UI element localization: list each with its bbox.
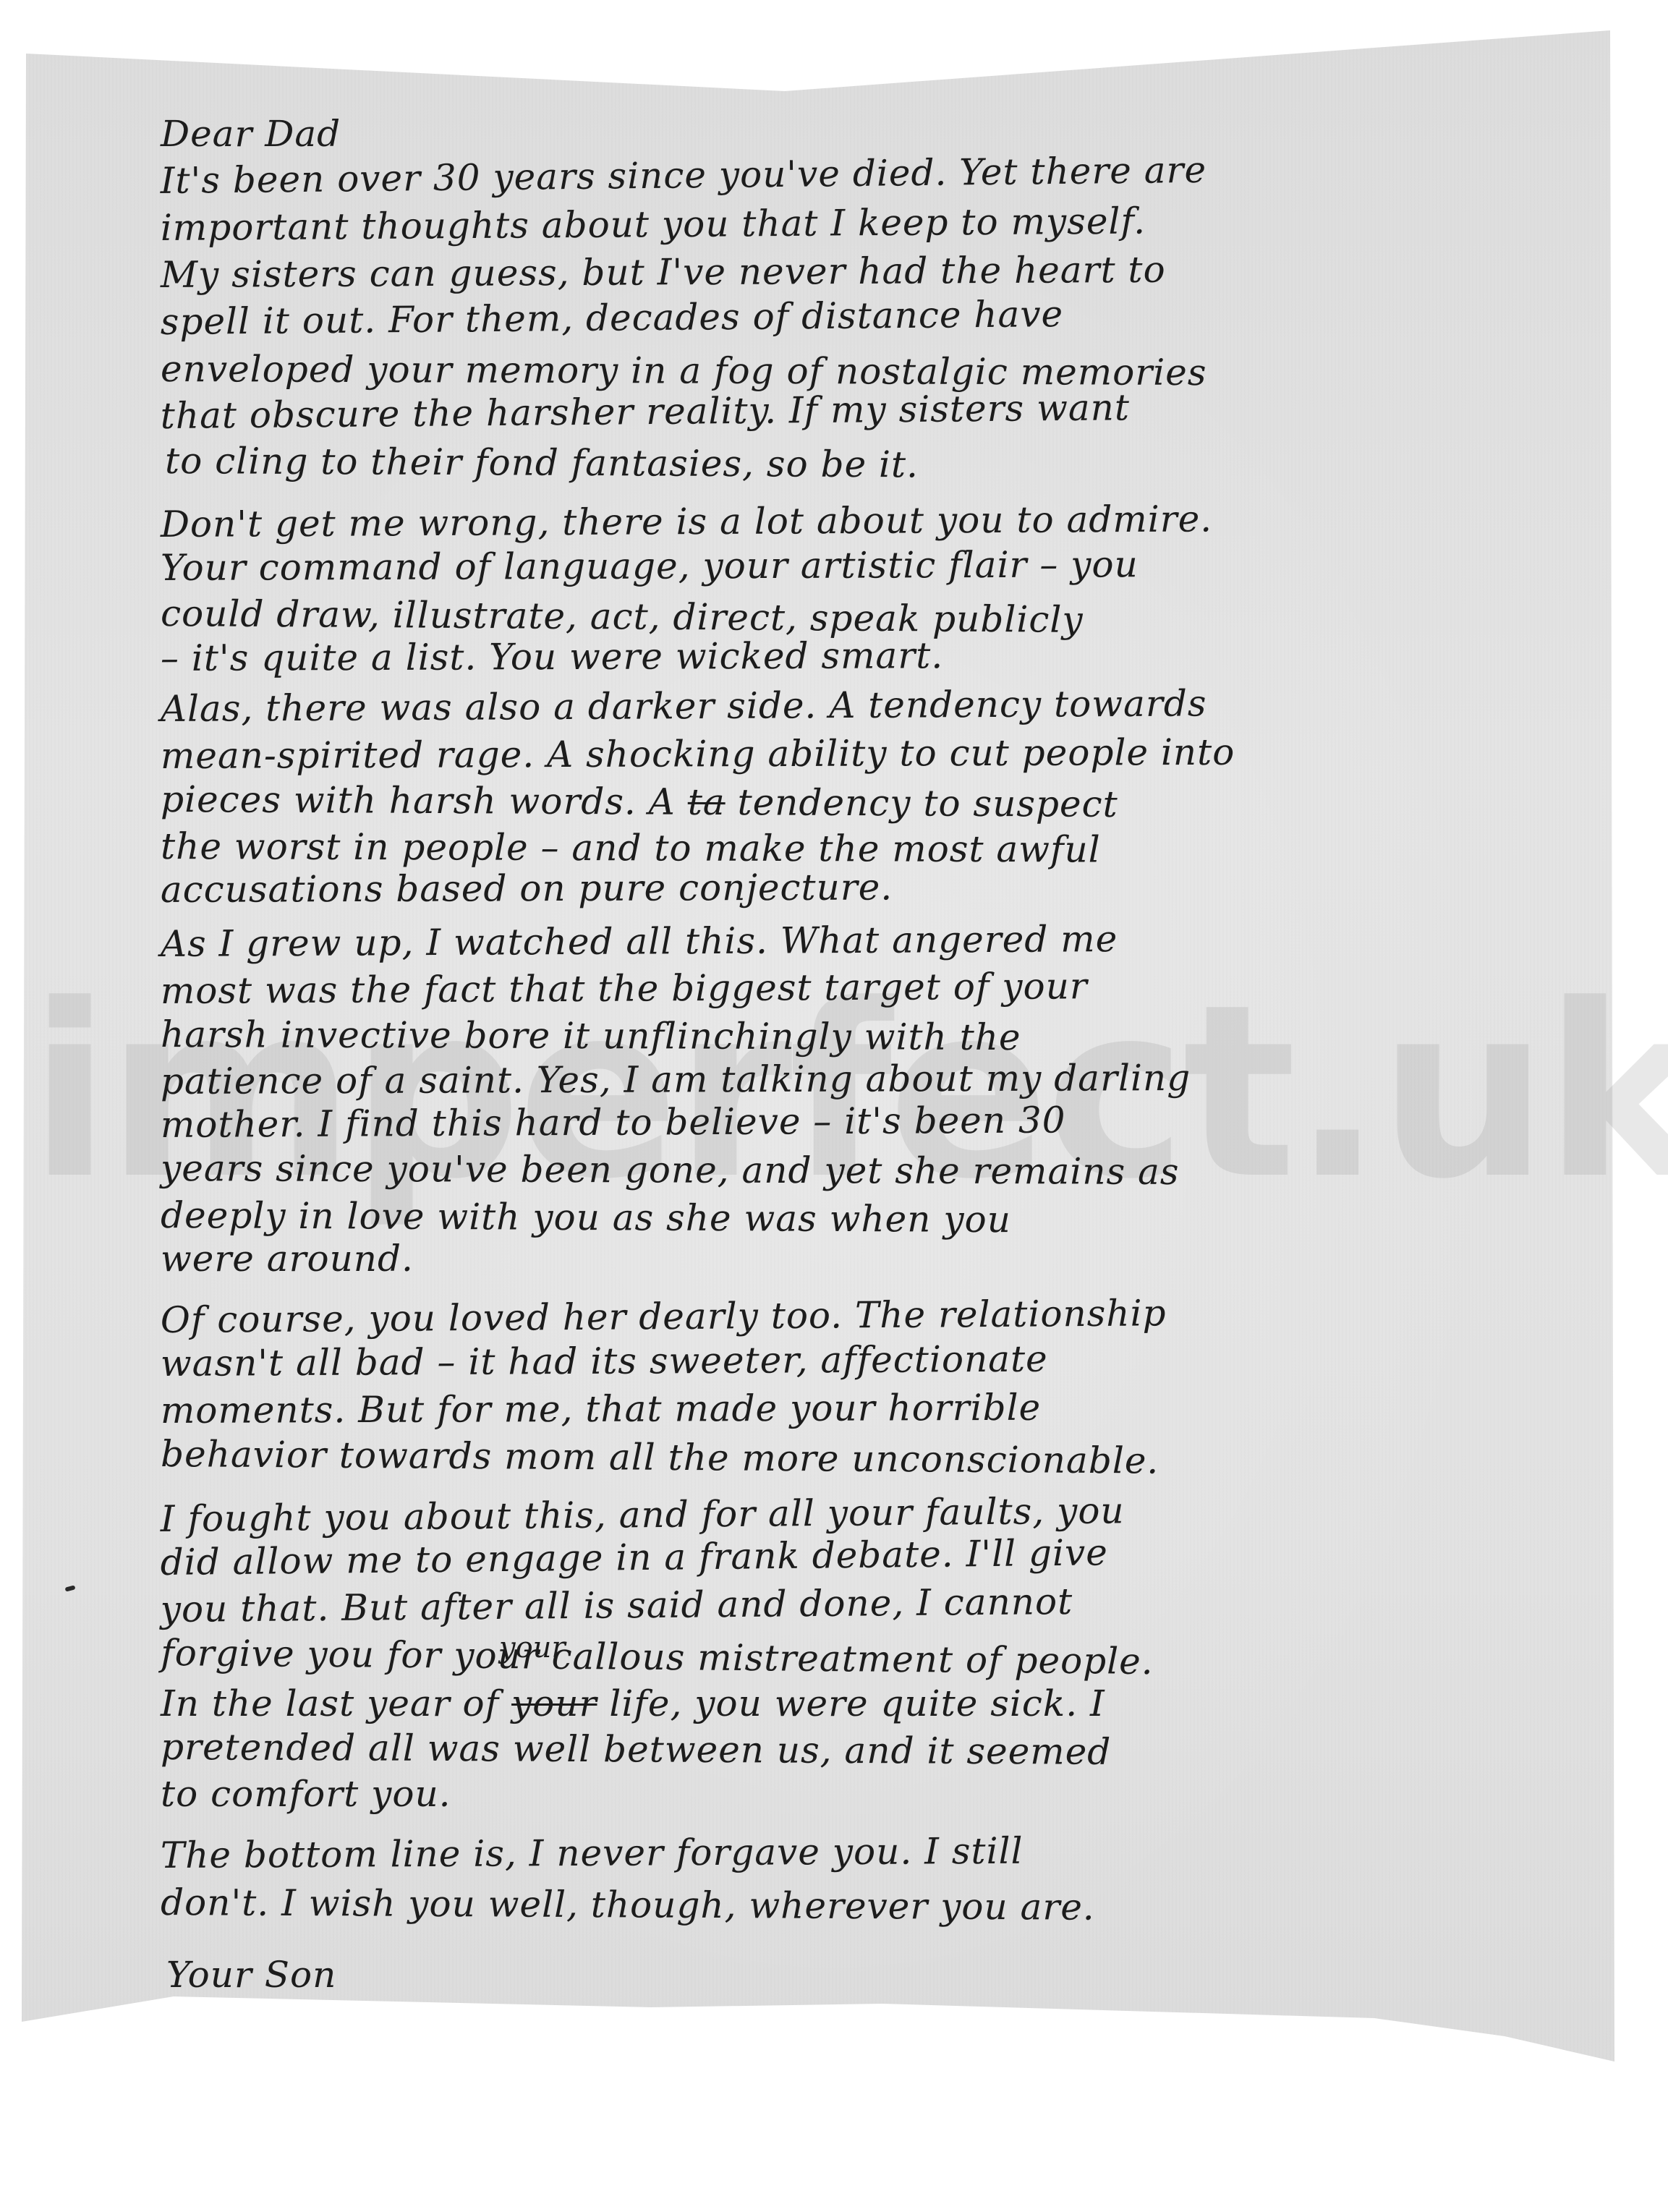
letter-line: My sisters can guess, but I've never had… [161,252,1166,293]
letter-line: I fought you about this, and for all you… [161,1492,1125,1537]
letter-line: the worst in people – and to make the mo… [161,828,1101,868]
letter-line: patience of a saint. Yes, I am talking a… [161,1060,1191,1099]
letter-line: to comfort you. [161,1776,451,1812]
letter-line: enveloped your memory in a fog of nostal… [161,351,1207,391]
letter-line: moments. But for me, that made your horr… [161,1390,1041,1429]
letter-line: most was the fact that the biggest targe… [161,968,1088,1009]
handwritten-letter: Dear Dad It's been over 30 years since y… [0,0,1668,2212]
letter-line: accusations based on pure conjecture. [161,869,893,908]
letter-line: pieces with harsh words. A ta tendency t… [161,781,1118,822]
letter-line-continuation: life, you were quite sick. I [609,1683,1105,1724]
letter-line-continuation: tendency to suspect [737,781,1118,825]
letter-line: spell it out. For them, decades of dista… [161,296,1064,340]
letter-line: – it's quite a list. You were wicked sma… [161,637,943,676]
letter-line: mother. I find this hard to believe – it… [161,1102,1066,1143]
signature: Your Son [166,1957,336,1993]
letter-line: could draw, illustrate, act, direct, spe… [161,595,1084,638]
letter-line: It's been over 30 years since you've die… [160,152,1207,199]
letter-line: Don't get me wrong, there is a lot about… [161,501,1212,543]
letter-line: you that. But after all is said and done… [161,1583,1073,1628]
letter-line: mean-spirited rage. A shocking ability t… [161,734,1235,774]
letter-line: Of course, you loved her dearly too. The… [161,1295,1167,1338]
struck-out-text: ta [688,781,726,823]
letter-line-start: pieces with harsh words. A [161,778,676,823]
letter-line: The bottom line is, I never forgave you.… [161,1833,1024,1873]
letter-line: to cling to their fond fantasies, so be … [165,443,919,482]
letter-line: that obscure the harsher reality. If my … [161,389,1131,434]
struck-out-text: your [511,1683,597,1724]
letter-line: Your command of language, your artistic … [161,546,1139,586]
letter-line: As I grew up, I watched all this. What a… [161,921,1118,962]
letter-line: years since you've been gone, and yet sh… [161,1150,1180,1190]
letter-line: important thoughts about you that I keep… [161,203,1146,246]
letter-line: were around. [161,1241,414,1277]
letter-line: In the last year of your life, you were … [161,1685,1105,1722]
letter-line: pretended all was well between us, and i… [161,1729,1111,1770]
letter-line: forgive you for your callous mistreatmen… [161,1635,1154,1680]
letter-line: behavior towards mom all the more uncons… [161,1436,1159,1479]
letter-line: Alas, there was also a darker side. A te… [161,685,1207,727]
salutation: Dear Dad [161,116,341,152]
letter-line: don't. I wish you well, though, wherever… [161,1884,1095,1926]
letter-line: did allow me to engage in a frank debate… [160,1534,1108,1581]
letter-line: harsh invective bore it unflinchingly wi… [161,1016,1021,1055]
letter-line: deeply in love with you as she was when … [161,1197,1011,1238]
letter-line-start: In the last year of [161,1683,499,1724]
inserted-correction: your [499,1631,566,1664]
letter-line: wasn't all bad – it had its sweeter, aff… [161,1341,1048,1382]
